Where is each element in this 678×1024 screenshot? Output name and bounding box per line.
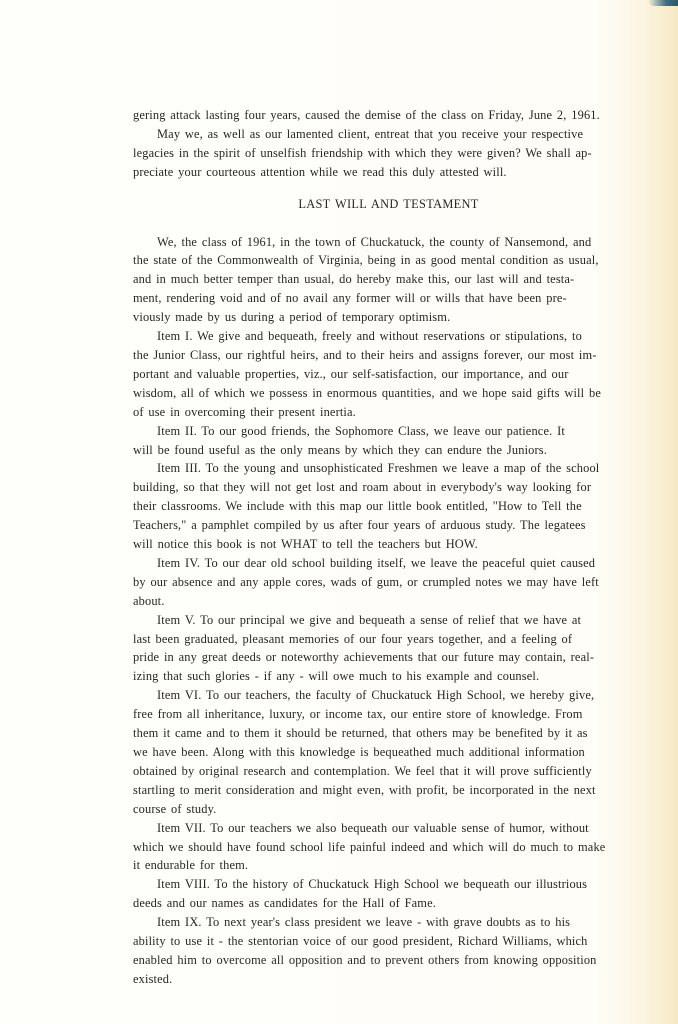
text-line: will notice this book is not WHAT to tel… xyxy=(133,535,648,554)
scanned-page: gering attack lasting four years, caused… xyxy=(0,0,678,1024)
text-line: and in much better temper than usual, do… xyxy=(133,270,648,289)
text-line: gering attack lasting four years, caused… xyxy=(133,106,648,125)
text-line: Item I. We give and bequeath, freely and… xyxy=(133,327,648,346)
text-line: we have been. Along with this knowledge … xyxy=(133,743,648,762)
text-line: wisdom, all of which we possess in enorm… xyxy=(133,384,648,403)
intro-paragraphs: gering attack lasting four years, caused… xyxy=(133,106,648,182)
text-line: free from all inheritance, luxury, or in… xyxy=(133,705,648,724)
text-line: Item VII. To our teachers we also bequea… xyxy=(133,819,648,838)
text-line: last been graduated, pleasant memories o… xyxy=(133,630,648,649)
text-line: about. xyxy=(133,592,648,611)
text-line: them it came and to them it should be re… xyxy=(133,724,648,743)
section-title: LAST WILL AND TESTAMENT xyxy=(133,195,648,214)
text-line: deeds and our names as candidates for th… xyxy=(133,894,648,913)
text-line: it endurable for them. xyxy=(133,856,648,875)
text-line: We, the class of 1961, in the town of Ch… xyxy=(133,233,648,252)
text-line: Item II. To our good friends, the Sophom… xyxy=(133,422,648,441)
text-line: the state of the Commonwealth of Virgini… xyxy=(133,251,648,270)
will-body: We, the class of 1961, in the town of Ch… xyxy=(133,233,648,989)
text-line: legacies in the spirit of unselfish frie… xyxy=(133,144,648,163)
text-line: Item V. To our principal we give and beq… xyxy=(133,611,648,630)
text-line: pride in any great deeds or noteworthy a… xyxy=(133,648,648,667)
text-line: their classrooms. We include with this m… xyxy=(133,497,648,516)
text-line: by our absence and any apple cores, wads… xyxy=(133,573,648,592)
text-line: May we, as well as our lamented client, … xyxy=(133,125,648,144)
text-line: viously made by us during a period of te… xyxy=(133,308,648,327)
text-line: building, so that they will not get lost… xyxy=(133,478,648,497)
text-line: will be found useful as the only means b… xyxy=(133,441,648,460)
text-line: Item VIII. To the history of Chuckatuck … xyxy=(133,875,648,894)
text-line: which we should have found school life p… xyxy=(133,838,648,857)
text-line: obtained by original research and contem… xyxy=(133,762,648,781)
text-line: course of study. xyxy=(133,800,648,819)
text-line: izing that such glories - if any - will … xyxy=(133,667,648,686)
text-line: Teachers," a pamphlet compiled by us aft… xyxy=(133,516,648,535)
text-line: of use in overcoming their present inert… xyxy=(133,403,648,422)
text-line: Item IV. To our dear old school building… xyxy=(133,554,648,573)
text-line: portant and valuable properties, viz., o… xyxy=(133,365,648,384)
text-line: startling to merit consideration and mig… xyxy=(133,781,648,800)
text-line: ability to use it - the stentorian voice… xyxy=(133,932,648,951)
text-line: enabled him to overcome all opposition a… xyxy=(133,951,648,970)
text-line: Item VI. To our teachers, the faculty of… xyxy=(133,686,648,705)
text-line: Item III. To the young and unsophisticat… xyxy=(133,459,648,478)
text-line: preciate your courteous attention while … xyxy=(133,163,648,182)
text-line: ment, rendering void and of no avail any… xyxy=(133,289,648,308)
page-corner-shadow xyxy=(648,0,678,6)
text-line: Item IX. To next year's class president … xyxy=(133,913,648,932)
text-line: the Junior Class, our rightful heirs, an… xyxy=(133,346,648,365)
text-line: existed. xyxy=(133,970,648,989)
document-text: gering attack lasting four years, caused… xyxy=(133,106,648,989)
